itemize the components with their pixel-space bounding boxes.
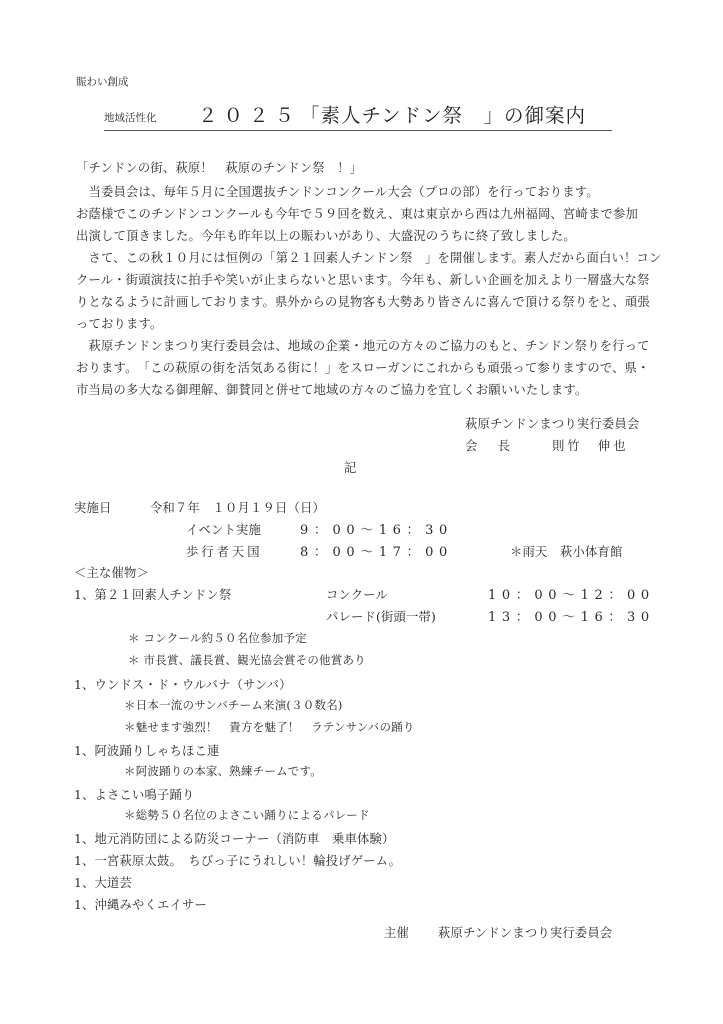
intro-line: おります。 「この萩原の街を活気ある街に！」をスローガンにこれからも頑張って参り… <box>76 358 650 376</box>
intro-line: 市当局の多大なる御理解、御賛同と併せて地域の方々のご協力を宜しくお願いいたします… <box>76 380 587 398</box>
signature-name: 則竹 伸也 <box>552 436 629 454</box>
slogan: 「チンドンの街、萩原！ 萩原のチンドン祭 ！」 <box>76 158 362 176</box>
event-note: ＊阿波踊りの本家、熟練チームです。 <box>124 763 322 779</box>
intro-line: お蔭様でこのチンドンコンクールも今年で５９回を数え、東は東京から西は九州福岡、宮… <box>76 204 638 222</box>
session-label: パレード(街頭一帯) <box>326 607 436 625</box>
event-note: ＊日本一流のサンバチーム来演(３０数名) <box>124 697 343 713</box>
title-text: 「素人チンドン祭 」の御案内 <box>300 104 586 127</box>
schedule-label: イベント実施 <box>186 520 261 538</box>
signature-role: 会 長 <box>465 436 514 454</box>
schedule-time: 8：00～17：00 <box>300 541 453 560</box>
intro-line: りとなるように計画しております。県外からの見物客も大勢あり皆さんに喜んで頂ける祭… <box>76 292 650 310</box>
schedule-note: ＊雨天 萩小体育館 <box>510 542 622 560</box>
event-note: ＊ コンクール約５０名位参加予定 <box>128 630 307 646</box>
category-label: 賑わい創成 <box>76 74 129 89</box>
schedule-time: 9：00～16：30 <box>300 519 453 538</box>
event-title: 1、地元消防団による防災コーナー（消防車 乗車体験） <box>74 829 394 847</box>
event-note: ＊総勢５０名位のよさこい踊りによるパレード <box>124 807 370 823</box>
title-year: ２０２５ <box>198 104 300 127</box>
intro-line: 出演して頂きました。今年も昨年以上の賑わいがあり、大盛況のうちに終了致しました。 <box>76 226 576 244</box>
session-label: コンクール <box>326 585 388 603</box>
event-title: 1、ウンドス・ド・ウルバナ（サンバ） <box>74 675 292 693</box>
date-value: 令和７年 １０月１９日（日） <box>150 498 325 516</box>
intro-line: っております。 <box>76 314 163 332</box>
event-title: 1、阿波踊りしゃちほこ連 <box>74 741 220 759</box>
document-title: ２０２５「素人チンドン祭 」の御案内 <box>198 100 586 128</box>
session-time: 13：00～16：30 <box>488 606 655 625</box>
subcategory-label: 地域活性化 <box>104 110 157 125</box>
event-title: 1、大道芸 <box>74 873 132 891</box>
intro-line: クール・街頭演技に拍手や笑いが止まらないと思います。今年も、新しい企画を加えより… <box>76 270 650 288</box>
schedule-label: 歩行者天国 <box>186 542 263 560</box>
signature-organization: 萩原チンドンまつり実行委員会 <box>465 414 639 432</box>
event-title: 1、第２１回素人チンドン祭 <box>74 585 231 603</box>
event-title: 1、沖縄みやくエイサー <box>74 895 207 913</box>
event-note: ＊ 市長賞、議長賞、観光協会賞その他賞あり <box>128 652 366 668</box>
ki-heading: 記 <box>344 458 357 476</box>
intro-line: さて、この秋１０月には恒例の「第２１回素人チンドン祭 」を開催します。素人だから… <box>76 248 662 266</box>
intro-line: 当委員会は、毎年５月に全国選抜チンドンコンクール大会（プロの部）を行っております… <box>76 182 599 200</box>
events-heading: ＜主な催物＞ <box>74 563 149 581</box>
host-label: 主催 <box>384 923 409 941</box>
date-label: 実施日 <box>74 498 112 516</box>
host-organization: 萩原チンドンまつり実行委員会 <box>438 923 612 941</box>
intro-line: 萩原チンドンまつり実行委員会は、地域の企業・地元の方々のご協力のもと、チンドン祭… <box>76 336 650 354</box>
event-title: 1、一宮萩原太鼓。 ちびっ子にうれしい！輪投げゲーム。 <box>74 851 401 869</box>
event-title: 1、よさこい鳴子踊り <box>74 785 195 803</box>
title-row: 地域活性化 ２０２５「素人チンドン祭 」の御案内 <box>104 100 612 131</box>
session-time: 10：00～12：00 <box>488 584 655 603</box>
event-note: ＊魅せます強烈！ 貴方を魅了！ ラテンサンバの踊り <box>124 719 415 735</box>
